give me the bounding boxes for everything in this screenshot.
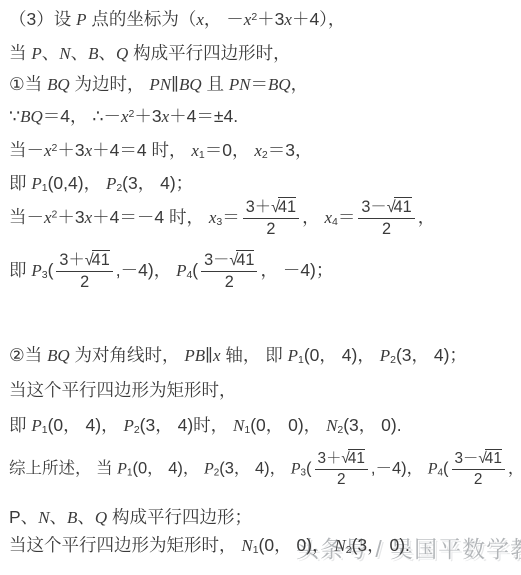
text-segment: ，	[291, 74, 309, 94]
math-var: B	[88, 44, 98, 63]
text-segment: 轴， 即	[221, 345, 288, 365]
line-case2-bq-diagonal: ②当 BQ 为对角线时， PB∥x 轴， 即 P1(0， 4)， P2(3， 4…	[9, 344, 467, 368]
text-segment: 即	[9, 415, 31, 435]
math-var: N	[326, 416, 337, 435]
fraction-numerator: 3－√41	[201, 251, 257, 272]
because-icon: ∵	[9, 106, 20, 126]
text-segment: 且	[202, 74, 229, 94]
text-segment: (0， 0)，	[250, 415, 326, 435]
text-segment: 、	[50, 507, 68, 527]
radicand: 41	[394, 197, 412, 216]
text-segment: 即	[9, 173, 31, 193]
text-segment: ＝	[338, 207, 356, 227]
radicand: 41	[278, 197, 296, 216]
text-segment: ①当	[9, 74, 47, 94]
text-segment: ， －	[204, 9, 244, 29]
text-segment: 当这个平行四边形为矩形时，	[9, 535, 241, 555]
text-segment: （3）设	[9, 9, 76, 29]
line-summary-parallelogram: P、N、B、Q 构成平行四边形；	[9, 506, 252, 529]
text-segment: ＝	[222, 207, 240, 227]
text-segment: ＋3	[57, 207, 84, 227]
math-var: PB	[184, 346, 205, 365]
math-var: P	[204, 461, 214, 478]
text-segment: 、	[98, 43, 116, 63]
radicand: 41	[348, 449, 365, 467]
math-var: PN	[149, 75, 171, 94]
text-segment: (0， 4)，	[48, 415, 124, 435]
text-segment: 3－	[361, 198, 386, 216]
fraction-3-plus-sqrt41-over-2: 3＋√412	[243, 198, 299, 238]
math-var: P	[76, 10, 86, 29]
line-p3-p4-result: 即 P3(3＋√412,－4)， P4(3－√412， －4)；	[9, 251, 333, 291]
fraction-denominator: 2	[452, 470, 505, 489]
line-summary-rectangle: 当这个平行四边形为矩形时， N1(0， 0)， N2(3， 0).	[9, 534, 410, 558]
math-var: P	[123, 416, 133, 435]
fraction-3-minus-sqrt41-over-2: 3－√412	[452, 450, 505, 488]
text-segment: 构成平行四边形；	[107, 507, 252, 527]
math-var: PN	[229, 75, 251, 94]
text-segment: ＝3，	[268, 140, 313, 160]
text-segment: 当这个平行四边形为矩形时，	[9, 380, 237, 400]
fraction-numerator: 3＋√41	[315, 450, 368, 470]
fraction-3-minus-sqrt41-over-2: 3－√412	[358, 198, 414, 238]
line-setup-p-coordinates: （3）设 P 点的坐标为（x， －x2＋3x＋4），	[9, 8, 345, 31]
fraction-numerator: 3＋√41	[243, 198, 299, 219]
text-segment: (0， 4)，	[132, 460, 204, 478]
line-p1-p2-result: 即 P1(0,4)， P2(3， 4)；	[9, 172, 193, 196]
text-segment: ， －4)；	[260, 260, 333, 280]
math-var: N	[59, 44, 70, 63]
text-segment: 综上所述， 当	[9, 460, 117, 478]
math-var: x	[44, 141, 52, 160]
text-segment: ,－4)，	[116, 260, 176, 280]
text-segment: (	[306, 460, 312, 478]
radicand: 41	[92, 250, 110, 269]
text-segment: ,－4)，	[371, 460, 428, 478]
text-segment: 点的坐标为（	[86, 9, 196, 29]
math-var: x	[254, 141, 262, 160]
parallel-icon: ∥	[205, 346, 213, 365]
fraction-3-plus-sqrt41-over-2: 3＋√412	[56, 251, 112, 291]
fraction-denominator: 2	[358, 219, 414, 239]
math-var: P	[117, 461, 127, 478]
text-segment: ＋3	[257, 9, 284, 29]
text-segment: (0， 0)，	[259, 535, 335, 555]
fraction-denominator: 2	[243, 219, 299, 239]
text-segment: 当－	[9, 207, 44, 227]
math-var: P	[31, 416, 41, 435]
text-segment: ＋4＝4 时，	[92, 140, 191, 160]
line-rectangle-condition: 当这个平行四边形为矩形时，	[9, 379, 237, 402]
line-bq-equals-4: ∵BQ＝4， ∴－x2＋3x＋4＝±4.	[9, 105, 238, 128]
math-solution-page: 头条号 / 吴国平数学教育 （3）设 P 点的坐标为（x， －x2＋3x＋4），…	[0, 0, 521, 575]
text-segment: 3－	[455, 450, 479, 467]
text-segment: 当	[9, 43, 31, 63]
text-segment: ＝	[251, 74, 269, 94]
line-case-negative-4: 当－x2＋3x＋4＝－4 时， x3＝3＋√412， x4＝3－√412，	[9, 198, 435, 238]
fraction-numerator: 3－√41	[358, 198, 414, 219]
text-segment: 、	[42, 43, 60, 63]
text-segment: 即	[9, 260, 31, 280]
line-rectangle-result: 即 P1(0， 4)， P2(3， 4)时， N1(0， 0)， N2(3， 0…	[9, 414, 402, 438]
math-var: x	[191, 141, 199, 160]
text-segment: 、	[71, 43, 89, 63]
text-segment: (3， 4)；	[122, 173, 193, 193]
math-var: BQ	[179, 75, 202, 94]
fraction-denominator: 2	[201, 272, 257, 292]
fraction-numerator: 3－√41	[452, 450, 505, 470]
text-segment: (3， 0).	[343, 415, 401, 435]
text-segment: (3， 0).	[352, 535, 410, 555]
math-var: P	[291, 461, 301, 478]
text-segment: 、	[77, 507, 95, 527]
math-var: P	[31, 261, 41, 280]
fraction-denominator: 2	[315, 470, 368, 489]
text-segment: ，	[418, 207, 436, 227]
math-var: Q	[116, 44, 128, 63]
text-segment: 3＋	[318, 450, 342, 467]
math-var: BQ	[268, 75, 291, 94]
text-segment: P、	[9, 507, 38, 527]
text-segment: (	[192, 260, 198, 280]
text-segment: (0,4)，	[48, 173, 106, 193]
fraction-numerator: 3＋√41	[56, 251, 112, 272]
text-segment: (	[48, 260, 54, 280]
text-segment: (3， 4)，	[219, 460, 291, 478]
text-segment: 3＋	[246, 198, 271, 216]
math-var: P	[176, 261, 186, 280]
line-case-positive-4: 当－x2＋3x＋4＝4 时， x1＝0， x2＝3，	[9, 139, 313, 163]
math-var: N	[334, 536, 345, 555]
math-var: P	[106, 174, 116, 193]
text-segment: ＋3	[134, 106, 161, 126]
fraction-denominator: 2	[56, 272, 112, 292]
text-segment: ＋4＝±4.	[169, 106, 238, 126]
text-segment: ＝4， ∴－	[43, 106, 121, 126]
math-var: BQ	[47, 75, 70, 94]
radicand: 41	[485, 449, 502, 467]
math-var: x	[196, 10, 204, 29]
text-segment: 为对角线时，	[70, 345, 185, 365]
text-segment: 当－	[9, 140, 44, 160]
text-segment: 3＋	[59, 251, 84, 269]
math-var: x	[324, 208, 332, 227]
radicand: 41	[236, 250, 254, 269]
math-var: N	[233, 416, 244, 435]
parallel-icon: ∥	[171, 75, 179, 94]
math-var: P	[31, 44, 41, 63]
math-var: N	[241, 536, 252, 555]
math-var: P	[31, 174, 41, 193]
line-summary: 综上所述， 当 P1(0， 4)， P2(3， 4)， P3(3＋√412,－4…	[9, 450, 521, 488]
line-case1-bq-side: ①当 BQ 为边时， PN∥BQ 且 PN＝BQ，	[9, 73, 308, 96]
text-segment: ，	[302, 207, 324, 227]
text-segment: ②当	[9, 345, 47, 365]
text-segment: (3， 4)时，	[140, 415, 233, 435]
text-segment: ＋3	[57, 140, 84, 160]
math-var: x	[121, 107, 129, 126]
math-var: x	[44, 208, 52, 227]
text-segment: (3， 4)；	[396, 345, 467, 365]
math-var: B	[67, 508, 77, 527]
math-var: N	[38, 508, 49, 527]
math-var: x	[284, 10, 292, 29]
text-segment: ， －4)时，	[508, 460, 521, 478]
text-segment: (0， 4)，	[304, 345, 380, 365]
text-segment: ＝0，	[205, 140, 255, 160]
math-var: BQ	[47, 346, 70, 365]
line-parallelogram-condition: 当 P、N、B、Q 构成平行四边形时，	[9, 42, 291, 65]
math-var: x	[213, 346, 221, 365]
math-var: P	[380, 346, 390, 365]
text-segment: 3－	[204, 251, 229, 269]
math-var: P	[428, 461, 438, 478]
text-segment: 构成平行四边形时，	[128, 43, 290, 63]
text-segment: ＋4），	[292, 9, 345, 29]
fraction-3-plus-sqrt41-over-2: 3＋√412	[315, 450, 368, 488]
math-var: P	[288, 346, 298, 365]
text-segment: ＋4＝－4 时，	[92, 207, 209, 227]
fraction-3-minus-sqrt41-over-2: 3－√412	[201, 251, 257, 291]
math-var: Q	[95, 508, 107, 527]
text-segment: 为边时，	[70, 74, 150, 94]
math-var: BQ	[20, 107, 43, 126]
text-segment: (	[443, 460, 449, 478]
